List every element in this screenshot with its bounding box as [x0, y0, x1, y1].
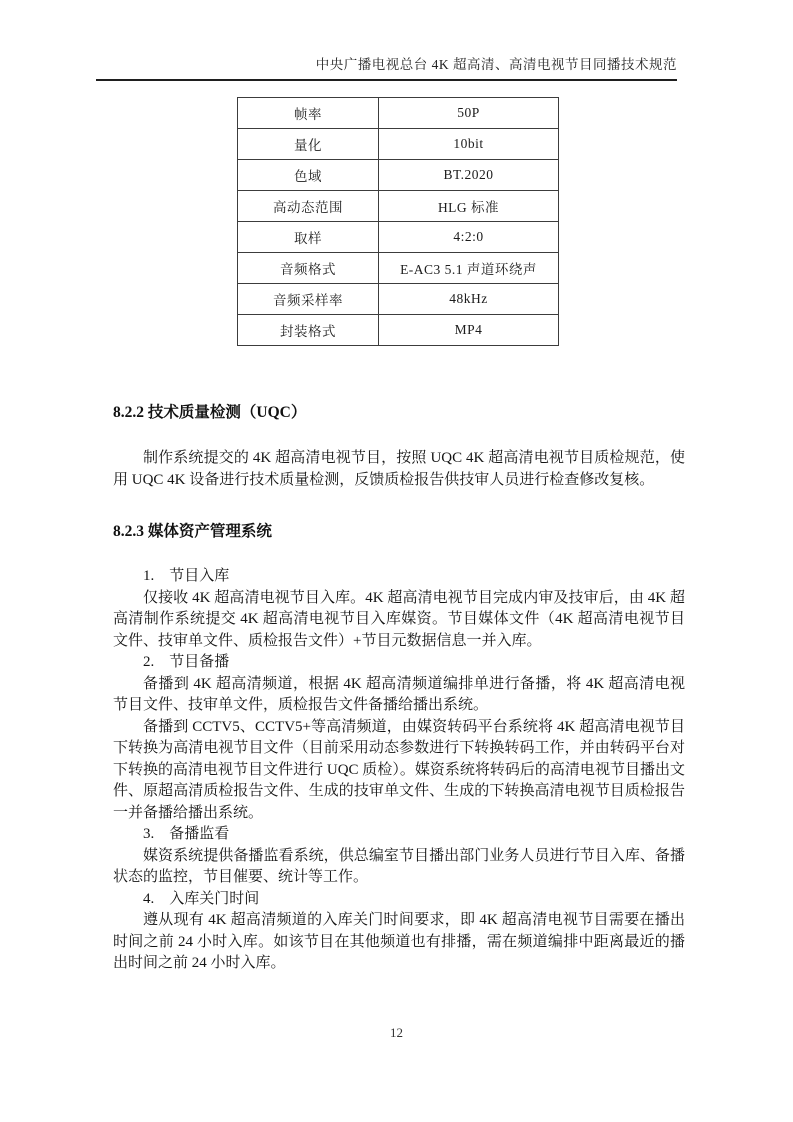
list-item: 3.备播监看 媒资系统提供备播监看系统，供总编室节目播出部门业务人员进行节目入库…	[113, 824, 685, 889]
list-item-marker: 4.	[143, 891, 154, 907]
list-item-paragraph: 备播到 4K 超高清频道，根据 4K 超高清频道编排单进行备播，将 4K 超高清…	[113, 674, 685, 717]
list-item-title-text: 节目入库	[169, 568, 229, 584]
spec-label: 音频格式	[238, 253, 379, 284]
list-item: 1.节目入库 仅接收 4K 超高清电视节目入库。4K 超高清电视节目完成内审及技…	[113, 566, 685, 652]
spec-table: 帧率 50P 量化 10bit 色域 BT.2020 高动态范围 HLG 标准 …	[237, 97, 559, 346]
spec-label: 音频采样率	[238, 284, 379, 315]
running-header: 中央广播电视总台 4K 超高清、高清电视节目同播技术规范	[96, 53, 677, 81]
list-item: 4.入库关门时间 遵从现有 4K 超高清频道的入库关门时间要求，即 4K 超高清…	[113, 889, 685, 975]
list-item-paragraph: 仅接收 4K 超高清电视节目入库。4K 超高清电视节目完成内审及技审后，由 4K…	[113, 588, 685, 653]
list-item-paragraph: 媒资系统提供备播监看系统，供总编室节目播出部门业务人员进行节目入库、备播状态的监…	[113, 846, 685, 889]
table-row: 音频格式 E-AC3 5.1 声道环绕声	[238, 253, 559, 284]
list-item-title: 4.入库关门时间	[113, 889, 685, 911]
list-item-title: 3.备播监看	[113, 824, 685, 846]
spec-value: MP4	[379, 315, 559, 346]
spec-value: BT.2020	[379, 160, 559, 191]
table-row: 取样 4:2:0	[238, 222, 559, 253]
list-item-paragraph: 遵从现有 4K 超高清频道的入库关门时间要求，即 4K 超高清电视节目需要在播出…	[113, 910, 685, 975]
spec-label: 取样	[238, 222, 379, 253]
table-row: 高动态范围 HLG 标准	[238, 191, 559, 222]
numbered-list: 1.节目入库 仅接收 4K 超高清电视节目入库。4K 超高清电视节目完成内审及技…	[113, 566, 685, 975]
list-item-marker: 1.	[143, 568, 154, 584]
list-item-marker: 3.	[143, 826, 154, 842]
spec-value: 4:2:0	[379, 222, 559, 253]
table-row: 量化 10bit	[238, 129, 559, 160]
document-body: 8.2.2 技术质量检测（UQC） 制作系统提交的 4K 超高清电视节目，按照 …	[113, 403, 685, 975]
list-item-title: 2.节目备播	[113, 652, 685, 674]
list-item-paragraph: 备播到 CCTV5、CCTV5+等高清频道，由媒资转码平台系统将 4K 超高清电…	[113, 717, 685, 825]
spec-label: 高动态范围	[238, 191, 379, 222]
spec-value: 50P	[379, 98, 559, 129]
list-item-title-text: 入库关门时间	[169, 891, 259, 907]
spec-label: 量化	[238, 129, 379, 160]
spec-value: E-AC3 5.1 声道环绕声	[379, 253, 559, 284]
list-item-marker: 2.	[143, 654, 154, 670]
list-item-title: 1.节目入库	[113, 566, 685, 588]
list-item-title-text: 节目备播	[169, 654, 229, 670]
list-item-title-text: 备播监看	[169, 826, 229, 842]
list-item: 2.节目备播 备播到 4K 超高清频道，根据 4K 超高清频道编排单进行备播，将…	[113, 652, 685, 824]
spec-label: 封装格式	[238, 315, 379, 346]
spec-label: 帧率	[238, 98, 379, 129]
table-row: 帧率 50P	[238, 98, 559, 129]
table-row: 封装格式 MP4	[238, 315, 559, 346]
section-822-paragraph: 制作系统提交的 4K 超高清电视节目，按照 UQC 4K 超高清电视节目质检规范…	[113, 448, 685, 491]
document-page: 中央广播电视总台 4K 超高清、高清电视节目同播技术规范 帧率 50P 量化 1…	[0, 0, 793, 1122]
spec-value: HLG 标准	[379, 191, 559, 222]
table-row: 色域 BT.2020	[238, 160, 559, 191]
spec-value: 10bit	[379, 129, 559, 160]
spec-label: 色域	[238, 160, 379, 191]
table-row: 音频采样率 48kHz	[238, 284, 559, 315]
page-number: 12	[0, 1025, 793, 1041]
section-heading-823: 8.2.3 媒体资产管理系统	[113, 522, 685, 542]
spec-value: 48kHz	[379, 284, 559, 315]
running-header-title: 中央广播电视总台 4K 超高清、高清电视节目同播技术规范	[316, 57, 677, 72]
section-heading-822: 8.2.2 技术质量检测（UQC）	[113, 403, 685, 423]
